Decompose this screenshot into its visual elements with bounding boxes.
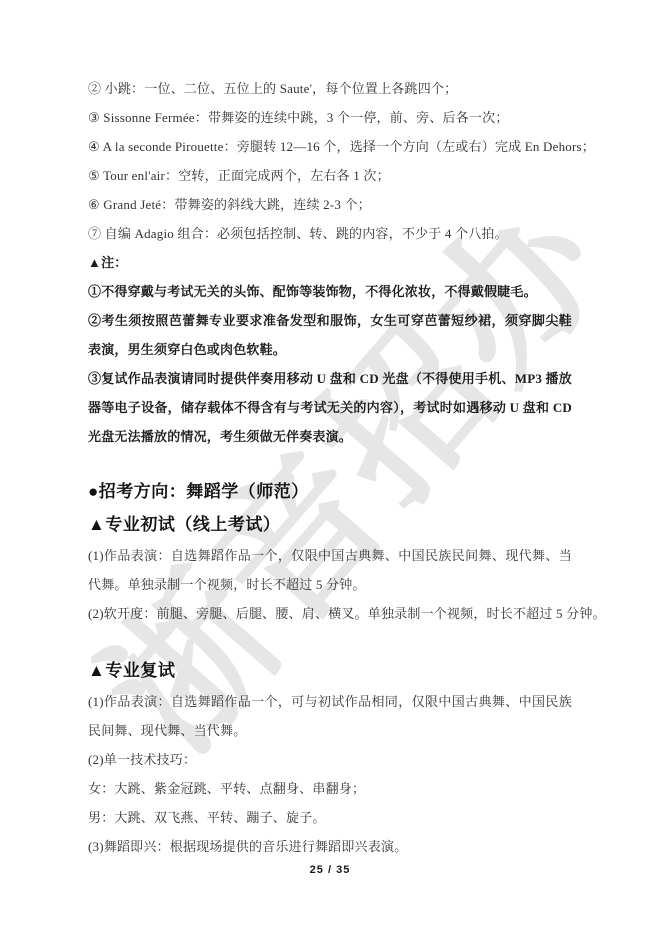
page-separator: /: [328, 864, 332, 876]
second-round-item-male: 男：大跳、双飞燕、平转、蹦子、旋子。: [88, 803, 572, 832]
note-item-2: ②考生须按照芭蕾舞专业要求准备发型和服饰，女生可穿芭蕾短纱裙，须穿脚尖鞋表演，男…: [88, 306, 572, 364]
direction-heading-label: 招考方向：舞蹈学（师范）: [99, 482, 309, 501]
triangle-marker-icon: ▲: [88, 661, 105, 680]
ballet-item-7: ⑦ 自编 Adagio 组合：必须包括控制、转、跳的内容，不少于 4 个八拍。: [88, 219, 572, 248]
note-item-1: ①不得穿戴与考试无关的头饰、配饰等装饰物，不得化浓妆，不得戴假睫毛。: [88, 277, 572, 306]
total-pages: 35: [336, 864, 350, 876]
ballet-item-6: ⑥ Grand Jeté：带舞姿的斜线大跳，连续 2-3 个；: [88, 190, 572, 219]
triangle-marker-icon: ▲: [88, 255, 101, 270]
bullet-marker-icon: ●: [88, 482, 99, 501]
first-round-heading-label: 专业初试（线上考试）: [105, 515, 280, 534]
ballet-item-3: ③ Sissonne Fermée：带舞姿的连续中跳，3 个一停，前、旁、后各一…: [88, 103, 572, 132]
note-heading-label: 注：: [101, 255, 127, 270]
document-page: 浙音招办 ② 小跳：一位、二位、五位上的 Saute'，每个位置上各跳四个； ③…: [0, 0, 660, 933]
ballet-item-5: ⑤ Tour enl'air：空转，正面完成两个，左右各 1 次；: [88, 161, 572, 190]
ballet-item-2: ② 小跳：一位、二位、五位上的 Saute'，每个位置上各跳四个；: [88, 74, 572, 103]
first-round-heading: ▲专业初试（线上考试）: [88, 508, 572, 541]
second-round-item-3: (3)舞蹈即兴：根据现场提供的音乐进行舞蹈即兴表演。: [88, 832, 572, 861]
note-heading: ▲注：: [88, 248, 572, 277]
second-round-heading-label: 专业复试: [105, 661, 175, 680]
page-content: ② 小跳：一位、二位、五位上的 Saute'，每个位置上各跳四个； ③ Siss…: [88, 74, 572, 877]
triangle-marker-icon: ▲: [88, 515, 105, 534]
note-item-3: ③复试作品表演请同时提供伴奏用移动 U 盘和 CD 光盘（不得使用手机、MP3 …: [88, 364, 572, 451]
direction-heading: ●招考方向：舞蹈学（师范）: [88, 475, 572, 508]
second-round-item-female: 女：大跳、紫金冠跳、平转、点翻身、串翻身；: [88, 774, 572, 803]
second-round-item-1: (1)作品表演：自选舞蹈作品一个，可与初试作品相同，仅限中国古典舞、中国民族民间…: [88, 687, 572, 745]
second-round-heading: ▲专业复试: [88, 654, 572, 687]
first-round-item-1: (1)作品表演：自选舞蹈作品一个，仅限中国古典舞、中国民族民间舞、现代舞、当代舞…: [88, 541, 572, 599]
current-page-number: 25: [310, 864, 324, 876]
second-round-item-2: (2)单一技术技巧：: [88, 745, 572, 774]
ballet-item-4: ④ A la seconde Pirouette：旁腿转 12—16 个，选择一…: [88, 132, 572, 161]
first-round-item-2: (2)软开度：前腿、旁腿、后腿、腰、肩、横叉。单独录制一个视频，时长不超过 5 …: [88, 599, 572, 628]
page-footer: 25 / 35: [88, 863, 572, 877]
